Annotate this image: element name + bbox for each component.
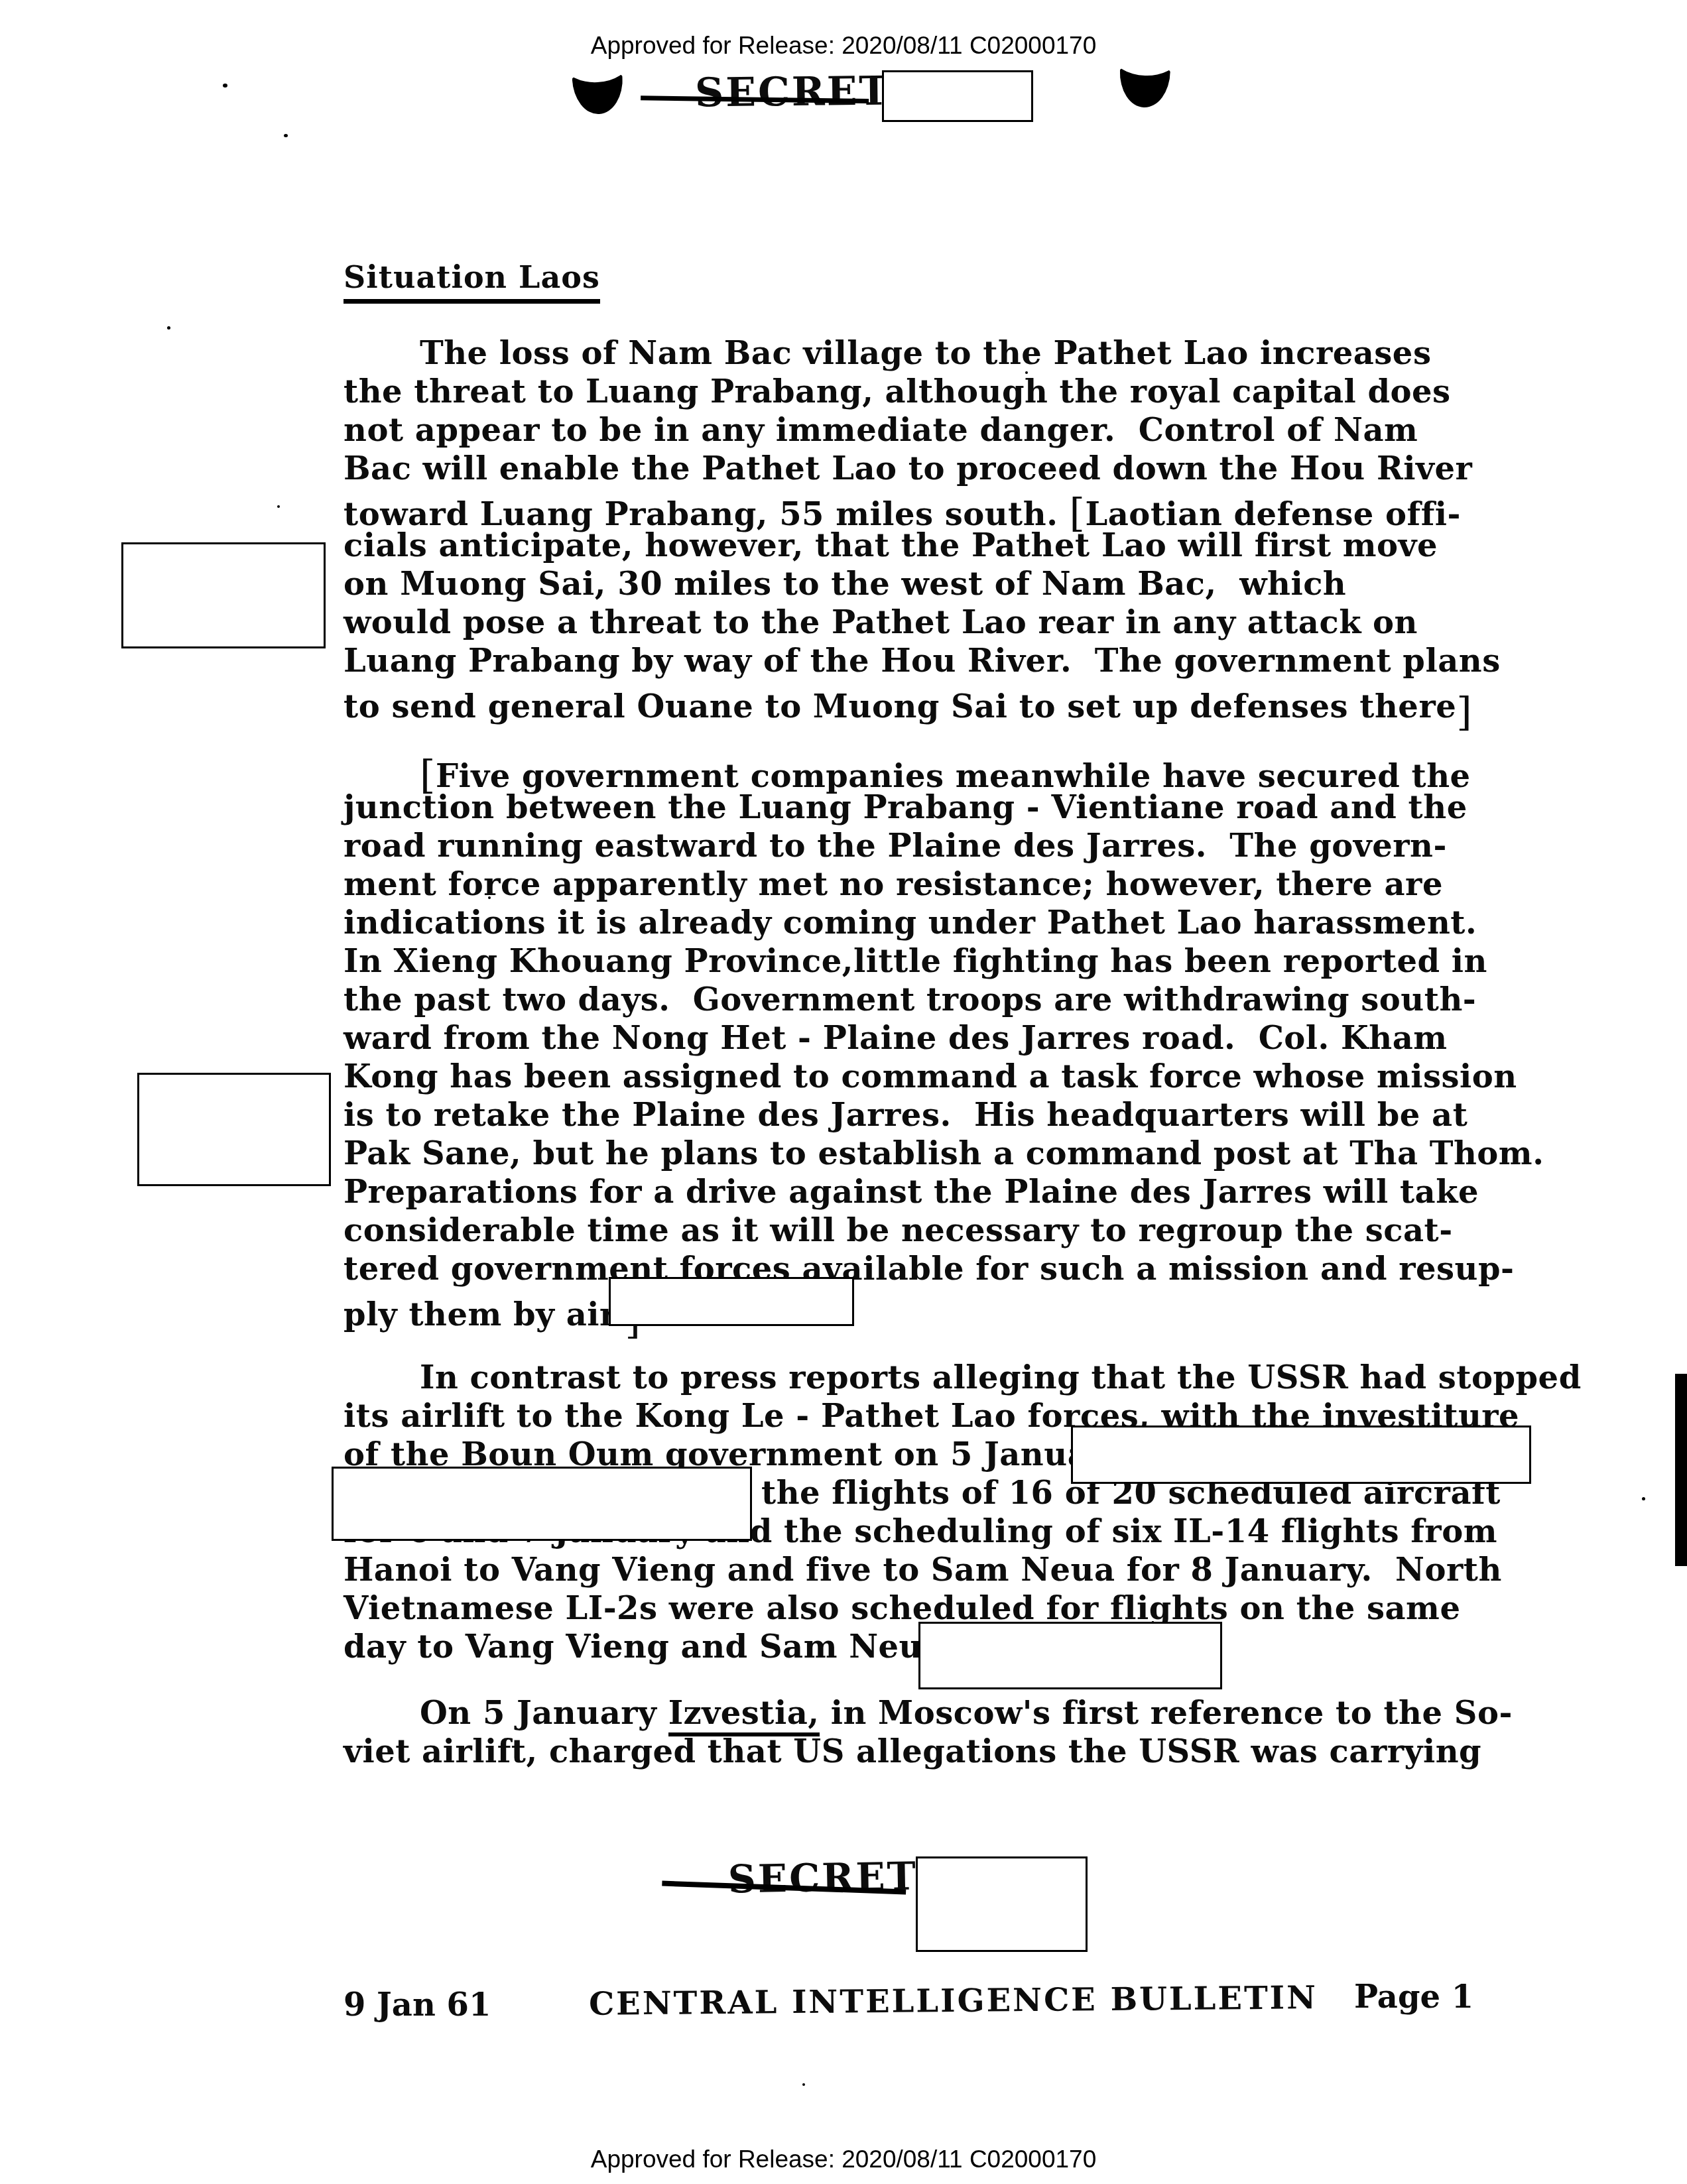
text-line: Hanoi to Vang Vieng and five to Sam Neua… — [344, 1551, 1537, 1590]
redaction-box — [137, 1073, 331, 1186]
text-segment: On 5 January — [420, 1695, 668, 1732]
text-line: The loss of Nam Bac village to the Pathe… — [344, 335, 1537, 373]
text-segment: Preparations for a drive against the Pla… — [344, 1174, 1479, 1211]
text-segment: Kong has been assigned to command a task… — [344, 1058, 1517, 1095]
classification-stamp-bottom: SECRET — [727, 1854, 918, 1902]
text-segment: cials anticipate, however, that the Path… — [344, 527, 1438, 564]
text-segment: indications it is already coming under P… — [344, 904, 1477, 941]
text-segment: Izvestia, — [668, 1695, 820, 1736]
text-line: indications it is already coming under P… — [344, 904, 1537, 943]
ink-smudge-left-icon — [572, 72, 624, 117]
footer-date: 9 Jan 61 — [344, 1986, 491, 2024]
text-segment: on Muong Sai, 30 miles to the west of Na… — [344, 566, 1346, 603]
text-segment: viet airlift, charged that US allegation… — [344, 1733, 1481, 1770]
text-line: cials anticipate, however, that the Path… — [344, 527, 1537, 566]
document-page: Approved for Release: 2020/08/11 C020001… — [0, 0, 1687, 2184]
scan-edge-artifact — [1675, 1374, 1687, 1566]
text-line: is to retake the Plaine des Jarres. His … — [344, 1097, 1537, 1135]
text-segment: the threat to Luang Prabang, although th… — [344, 373, 1451, 410]
text-line: the threat to Luang Prabang, although th… — [344, 373, 1537, 412]
text-line: Kong has been assigned to command a task… — [344, 1058, 1537, 1097]
redaction-box — [882, 70, 1033, 122]
classification-text: SECRET — [695, 68, 891, 116]
text-segment: would pose a threat to the Pathet Lao re… — [344, 604, 1418, 641]
text-segment: road running eastward to the Plaine des … — [344, 827, 1447, 865]
text-line: the past two days. Government troops are… — [344, 981, 1537, 1020]
classification-stamp-top: SECRET — [695, 68, 891, 116]
text-line: junction between the Luang Prabang - Vie… — [344, 789, 1537, 827]
text-line: toward Luang Prabang, 55 miles south. [L… — [344, 489, 1537, 527]
paragraph: The loss of Nam Bac village to the Pathe… — [344, 335, 1537, 719]
ink-smudge-right-icon — [1119, 66, 1170, 110]
text-segment: Luang Prabang by way of the Hou River. T… — [344, 642, 1501, 680]
text-segment: to send general Ouane to Muong Sai to se… — [344, 688, 1456, 725]
redaction-box — [609, 1277, 854, 1326]
redaction-box — [916, 1856, 1088, 1952]
text-line: Luang Prabang by way of the Hou River. T… — [344, 642, 1537, 681]
text-line: considerable time as it will be necessar… — [344, 1212, 1537, 1250]
text-segment: in Moscow's first reference to the So- — [820, 1695, 1513, 1732]
text-line: road running eastward to the Plaine des … — [344, 827, 1537, 866]
text-line: would pose a threat to the Pathet Lao re… — [344, 604, 1537, 642]
article-title: Situation Laos — [344, 259, 600, 304]
text-line: In Xieng Khouang Province,little fightin… — [344, 943, 1537, 981]
text-segment: junction between the Luang Prabang - Vie… — [344, 789, 1468, 826]
text-line: tered government forces available for su… — [344, 1250, 1537, 1289]
ink-speck — [223, 84, 227, 88]
text-segment: ment force apparently met no resistance;… — [344, 866, 1443, 903]
text-line: ment force apparently met no resistance;… — [344, 866, 1537, 904]
text-segment: In Xieng Khouang Province,little fightin… — [344, 943, 1487, 980]
text-segment: Bac will enable the Pathet Lao to procee… — [344, 450, 1472, 487]
text-line: In contrast to press reports alleging th… — [344, 1359, 1537, 1398]
text-segment: In contrast to press reports alleging th… — [420, 1359, 1582, 1396]
text-segment: tered government forces available for su… — [344, 1250, 1514, 1288]
text-segment: considerable time as it will be necessar… — [344, 1212, 1453, 1249]
ink-speck — [1642, 1497, 1645, 1500]
text-line: to send general Ouane to Muong Sai to se… — [344, 681, 1537, 719]
ink-speck — [167, 326, 170, 330]
bracket-mark: ] — [1456, 689, 1472, 735]
text-segment: The loss of Nam Bac village to the Pathe… — [420, 335, 1431, 372]
text-segment: is to retake the Plaine des Jarres. His … — [344, 1097, 1468, 1134]
text-segment: not appear to be in any immediate danger… — [344, 412, 1418, 449]
text-line: Pak Sane, but he plans to establish a co… — [344, 1135, 1537, 1174]
text-line: on Muong Sai, 30 miles to the west of Na… — [344, 566, 1537, 604]
ink-speck — [284, 134, 288, 137]
footer-page-number: Page 1 — [1354, 1978, 1473, 2016]
redaction-box — [918, 1622, 1222, 1689]
release-footer: Approved for Release: 2020/08/11 C020001… — [0, 2146, 1687, 2173]
paragraph: On 5 January Izvestia, in Moscow's first… — [344, 1695, 1537, 1772]
text-line: Bac will enable the Pathet Lao to procee… — [344, 450, 1537, 489]
text-line: viet airlift, charged that US allegation… — [344, 1733, 1537, 1772]
text-segment: Hanoi to Vang Vieng and five to Sam Neua… — [344, 1551, 1502, 1589]
redaction-box — [121, 542, 326, 648]
text-segment: day to Vang Vieng and Sam Neua. — [344, 1628, 955, 1666]
text-segment: the past two days. Government troops are… — [344, 981, 1476, 1018]
text-line: ply them by air.] — [344, 1289, 1537, 1327]
ink-speck — [488, 896, 491, 899]
text-segment: ward from the Nong Het - Plaine des Jarr… — [344, 1020, 1448, 1057]
text-line: Preparations for a drive against the Pla… — [344, 1174, 1537, 1212]
ink-speck — [1025, 371, 1028, 374]
redaction-box — [332, 1467, 752, 1541]
text-line: ward from the Nong Het - Plaine des Jarr… — [344, 1020, 1537, 1058]
bracket-mark: [ — [420, 752, 436, 798]
footer-publication: CENTRAL INTELLIGENCE BULLETIN — [589, 1979, 1318, 2023]
ink-speck — [277, 505, 280, 508]
text-segment: ply them by air. — [344, 1296, 625, 1333]
ink-speck — [802, 2083, 805, 2086]
bracket-mark: [ — [1070, 490, 1086, 536]
classification-text: SECRET — [727, 1854, 918, 1902]
release-header: Approved for Release: 2020/08/11 C020001… — [0, 32, 1687, 60]
text-line: On 5 January Izvestia, in Moscow's first… — [344, 1695, 1537, 1733]
text-line: [Five government companies meanwhile hav… — [344, 751, 1537, 789]
redaction-box — [1071, 1426, 1531, 1484]
text-segment: Vietnamese LI-2s were also scheduled for… — [344, 1590, 1460, 1627]
text-line: not appear to be in any immediate danger… — [344, 412, 1537, 450]
paragraph: [Five government companies meanwhile hav… — [344, 751, 1537, 1327]
text-segment: Pak Sane, but he plans to establish a co… — [344, 1135, 1544, 1172]
